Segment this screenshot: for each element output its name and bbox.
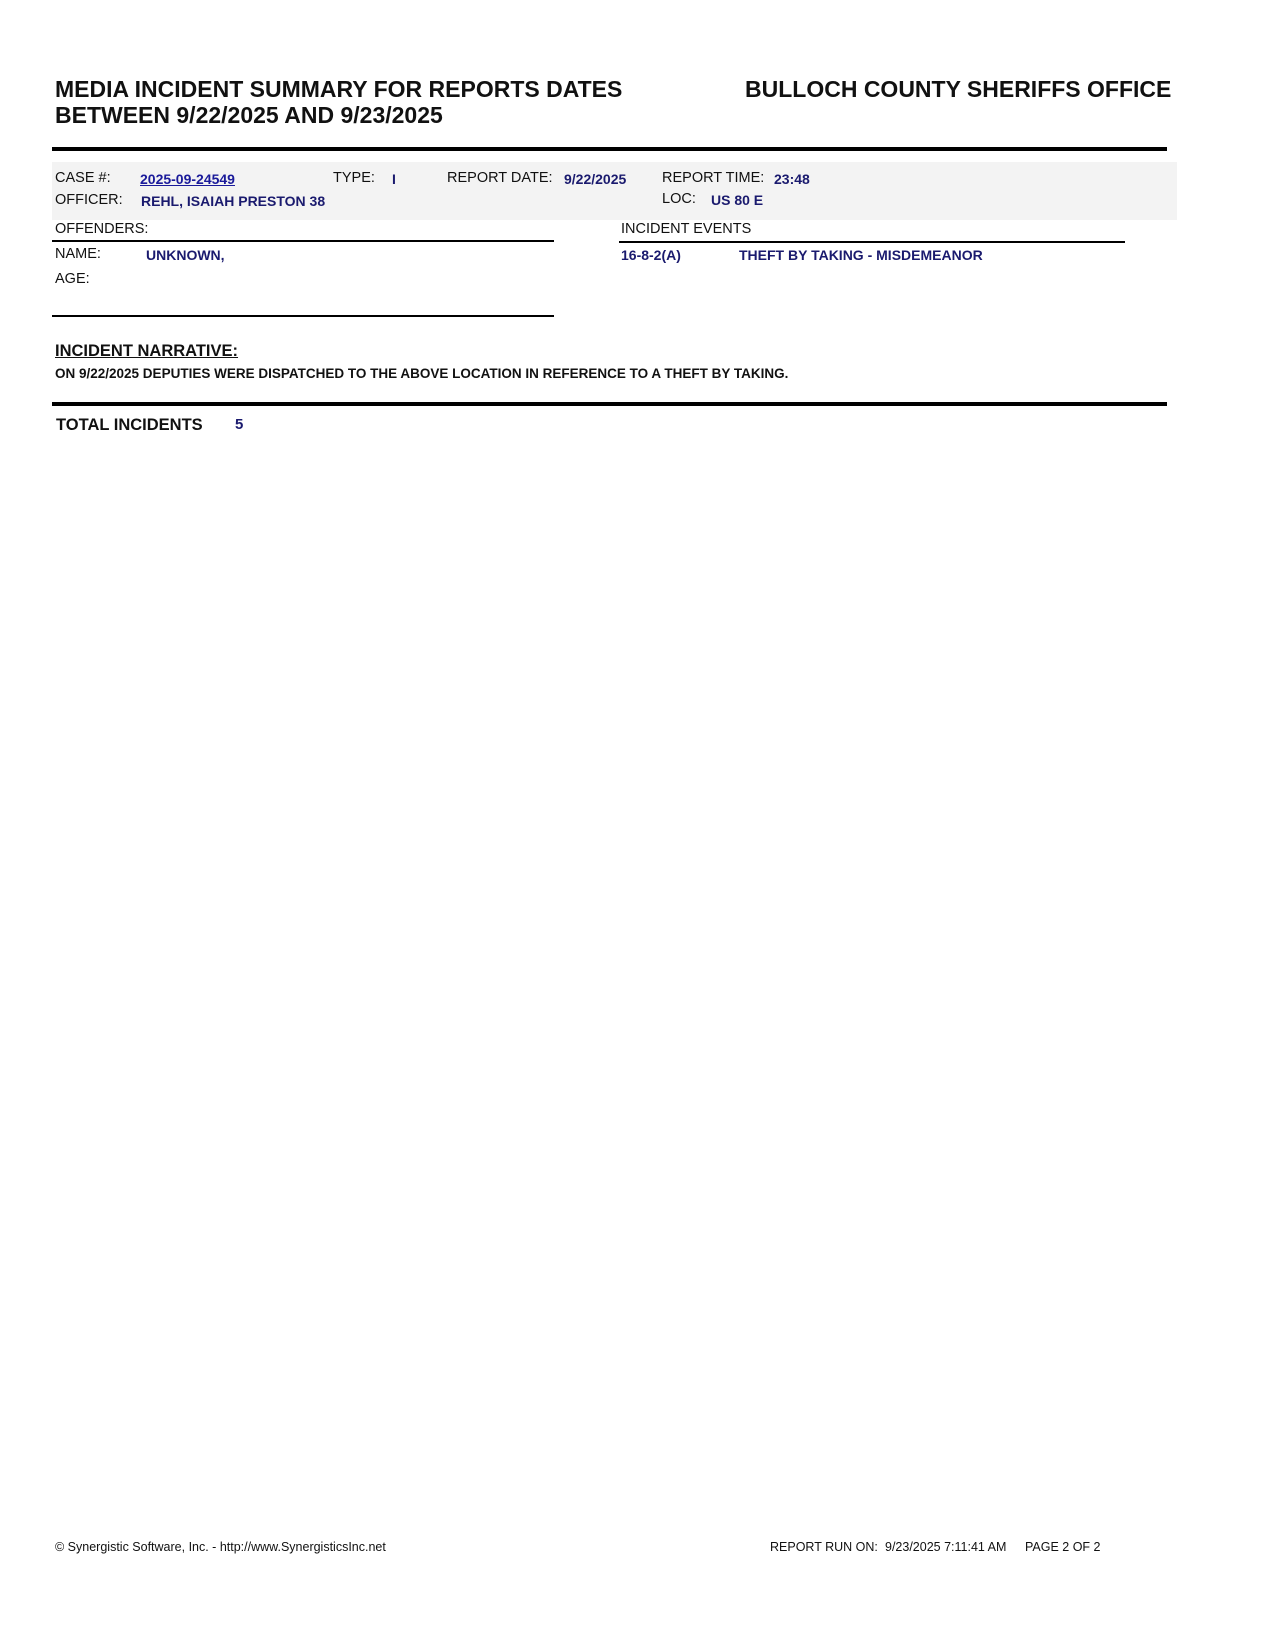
event-description: THEFT BY TAKING - MISDEMEANOR (739, 247, 983, 263)
offenders-rule-top (52, 240, 554, 242)
offenders-rule-bottom (52, 315, 554, 317)
report-run-value: 9/23/2025 7:11:41 AM (885, 1540, 1006, 1554)
report-date-value: 9/22/2025 (564, 171, 626, 187)
report-title-line1: MEDIA INCIDENT SUMMARY FOR REPORTS DATES (55, 76, 622, 102)
type-label: TYPE: (333, 170, 375, 186)
report-title-line2: BETWEEN 9/22/2025 AND 9/23/2025 (55, 102, 443, 128)
narrative-divider (52, 402, 1167, 406)
event-code: 16-8-2(A) (621, 247, 681, 263)
officer-value: REHL, ISAIAH PRESTON 38 (141, 193, 325, 209)
case-label: CASE #: (55, 170, 111, 186)
page-indicator: PAGE 2 OF 2 (1025, 1540, 1101, 1554)
total-incidents-label: TOTAL INCIDENTS (56, 416, 203, 435)
header-divider (52, 147, 1167, 151)
officer-label: OFFICER: (55, 192, 123, 208)
report-time-label: REPORT TIME: (662, 170, 764, 186)
incident-events-heading: INCIDENT EVENTS (621, 221, 751, 237)
narrative-heading: INCIDENT NARRATIVE: (55, 342, 238, 361)
report-time-value: 23:48 (774, 171, 810, 187)
offender-name-label: NAME: (55, 246, 101, 262)
total-incidents-value: 5 (235, 416, 243, 433)
type-value: I (392, 171, 396, 187)
report-run-label: REPORT RUN ON: (770, 1540, 878, 1554)
offenders-heading: OFFENDERS: (55, 221, 148, 237)
case-number-link[interactable]: 2025-09-24549 (140, 171, 235, 187)
narrative-text: ON 9/22/2025 DEPUTIES WERE DISPATCHED TO… (55, 366, 788, 381)
incident-events-rule (619, 241, 1125, 243)
agency-name: BULLOCH COUNTY SHERIFFS OFFICE (745, 76, 1171, 102)
footer-copyright: © Synergistic Software, Inc. - http://ww… (55, 1540, 386, 1554)
loc-value: US 80 E (711, 192, 763, 208)
report-date-label: REPORT DATE: (447, 170, 553, 186)
offender-name-value: UNKNOWN, (146, 247, 225, 263)
loc-label: LOC: (662, 191, 696, 207)
offender-age-label: AGE: (55, 271, 90, 287)
